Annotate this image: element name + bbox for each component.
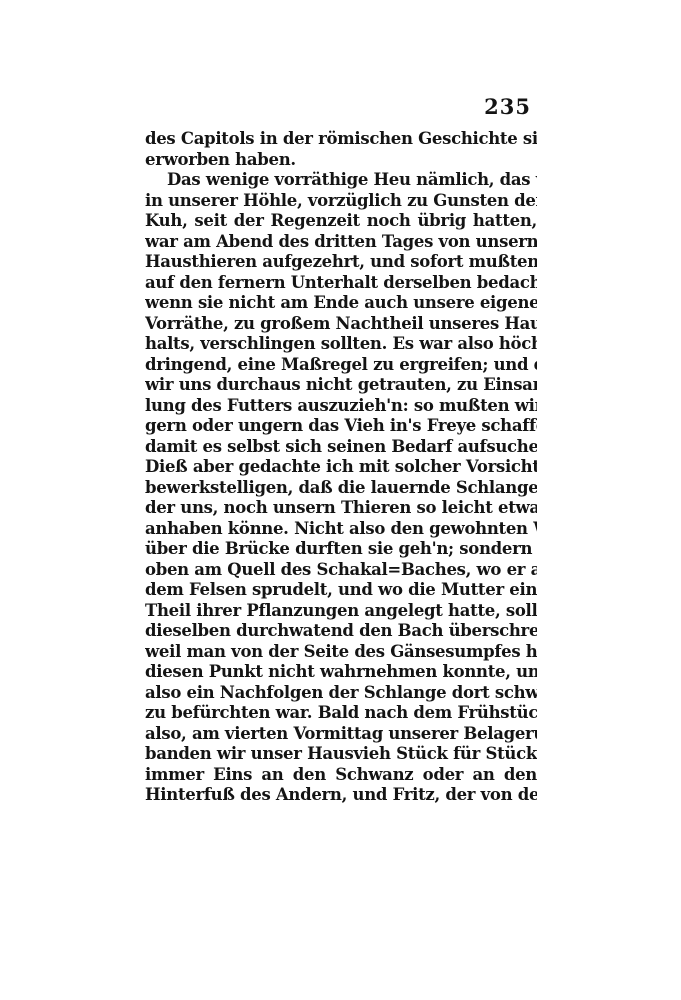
text-line: also ein Nachfolgen der Schlange dort sc… (145, 683, 537, 704)
text-line: wir uns durchaus nicht getrauten, zu Ein… (145, 375, 537, 396)
text-line: lung des Futters auszuzieh'n: so mußten … (145, 396, 537, 417)
text-line: Dieß aber gedachte ich mit solcher Vorsi… (145, 457, 537, 478)
page-number: 235 (484, 94, 531, 119)
text-block: des Capitols in der römischen Geschichte… (145, 129, 537, 806)
text-line: dem Felsen sprudelt, und wo die Mutter e… (145, 580, 537, 601)
text-line: bewerkstelligen, daß die lauernde Schlan… (145, 478, 537, 499)
text-line: Das wenige vorräthige Heu nämlich, das w… (145, 170, 537, 191)
text-line: Hausthieren aufgezehrt, und sofort mußte… (145, 252, 537, 273)
text-line: Hinterfuß des Andern, und Fritz, der von… (145, 785, 537, 806)
text-line: Theil ihrer Pflanzungen angelegt hatte, … (145, 601, 537, 622)
text-line: damit es selbst sich seinen Bedarf aufsu… (145, 437, 537, 458)
text-line: dieselben durchwatend den Bach überschre… (145, 621, 537, 642)
text-line: wenn sie nicht am Ende auch unsere eigen… (145, 293, 537, 314)
text-line: anhaben könne. Nicht also den gewohnten … (145, 519, 537, 540)
text-line: oben am Quell des Schakal=Baches, wo er … (145, 560, 537, 581)
text-line: gern oder ungern das Vieh in's Freye sch… (145, 416, 537, 437)
text-line: war am Abend des dritten Tages von unser… (145, 232, 537, 253)
text-line: weil man von der Seite des Gänsesumpfes … (145, 642, 537, 663)
text-line: dringend, eine Maßregel zu ergreifen; un… (145, 355, 537, 376)
text-line: über die Brücke durften sie geh'n; sonde… (145, 539, 537, 560)
text-line: Vorräthe, zu großem Nachtheil unseres Ha… (145, 314, 537, 335)
text-line: Kuh, seit der Regenzeit noch übrig hatte… (145, 211, 537, 232)
text-line: in unserer Höhle, vorzüglich zu Gunsten … (145, 191, 537, 212)
text-line: immer Eins an den Schwanz oder an den (145, 765, 537, 786)
text-line: also, am vierten Vormittag unserer Belag… (145, 724, 537, 745)
text-line: erworben haben. (145, 150, 537, 171)
text-line: diesen Punkt nicht wahrnehmen konnte, un… (145, 662, 537, 683)
text-line: zu befürchten war. Bald nach dem Frühstü… (145, 703, 537, 724)
text-line: halts, verschlingen sollten. Es war also… (145, 334, 537, 355)
text-line: banden wir unser Hausvieh Stück für Stüc… (145, 744, 537, 765)
book-page: 235 des Capitols in der römischen Geschi… (0, 0, 681, 1000)
text-line: des Capitols in der römischen Geschichte… (145, 129, 537, 150)
text-line: auf den fernern Unterhalt derselben beda… (145, 273, 537, 294)
text-line: der uns, noch unsern Thieren so leicht e… (145, 498, 537, 519)
